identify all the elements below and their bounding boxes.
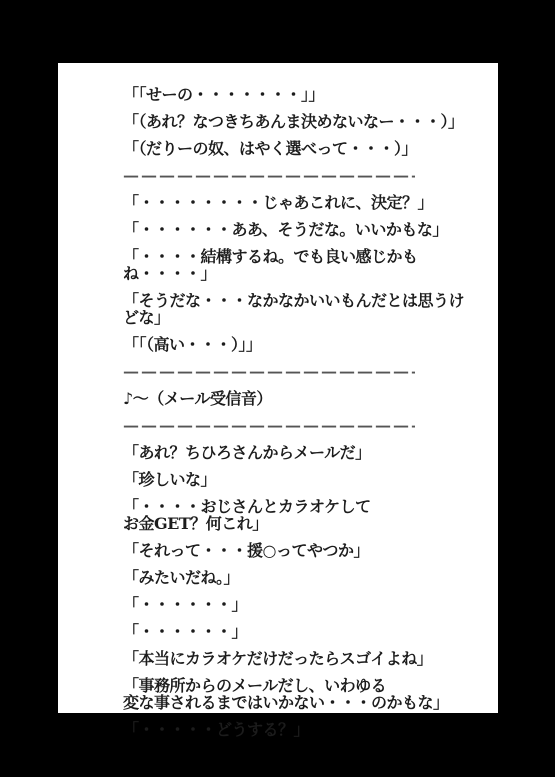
divider-line: —————————————————: [123, 167, 415, 184]
dialogue-line: 「（だりーの奴、はやく選べって・・・）」: [123, 140, 478, 157]
dialogue-line: 「（あれ？なつきちあんま決めないなー・・・）」: [123, 113, 478, 130]
dialogue-line: 「「（高い・・・）」」: [123, 336, 478, 353]
dialogue-line: 「それって・・・援○ってやつか」: [123, 542, 478, 559]
mail-sound-effect-line: ♪～（メール受信音）: [123, 390, 478, 407]
dialogue-line: 「・・・・・・・・じゃあこれに、決定？」: [123, 194, 478, 211]
dialogue-line: 「・・・・・・ああ、そうだな。いいかもな」: [123, 221, 478, 238]
dialogue-line: 「珍しいな」: [123, 471, 478, 488]
page-background: 「「せーの・・・・・・・」」 「（あれ？なつきちあんま決めないなー・・・）」 「…: [0, 0, 555, 777]
dialogue-line: 「・・・・・どうする？」: [123, 721, 478, 738]
dialogue-line: 「・・・・おじさんとカラオケして お金GET？何これ」: [123, 498, 478, 532]
divider-line: —————————————————: [123, 417, 415, 434]
dialogue-line: 「「せーの・・・・・・・」」: [123, 86, 478, 103]
dialogue-line: 「・・・・結構するね。でも良い感じかもね・・・・」: [123, 248, 478, 282]
dialogue-line: 「みたいだね。」: [123, 569, 478, 586]
document-page: 「「せーの・・・・・・・」」 「（あれ？なつきちあんま決めないなー・・・）」 「…: [58, 63, 498, 713]
dialogue-line: 「本当にカラオケだけだったらスゴイよね」: [123, 650, 478, 667]
divider-line: —————————————————: [123, 363, 415, 380]
dialogue-line: 「・・・・・・」: [123, 623, 478, 640]
dialogue-line: 「事務所からのメールだし、いわゆる 変な事されるまではいかない・・・のかもな」: [123, 677, 478, 711]
dialogue-line: 「あれ？ちひろさんからメールだ」: [123, 444, 478, 461]
dialogue-line: 「・・・・・・」: [123, 596, 478, 613]
dialogue-line: 「そうだな・・・なかなかいいもんだとは思うけどな」: [123, 292, 478, 326]
